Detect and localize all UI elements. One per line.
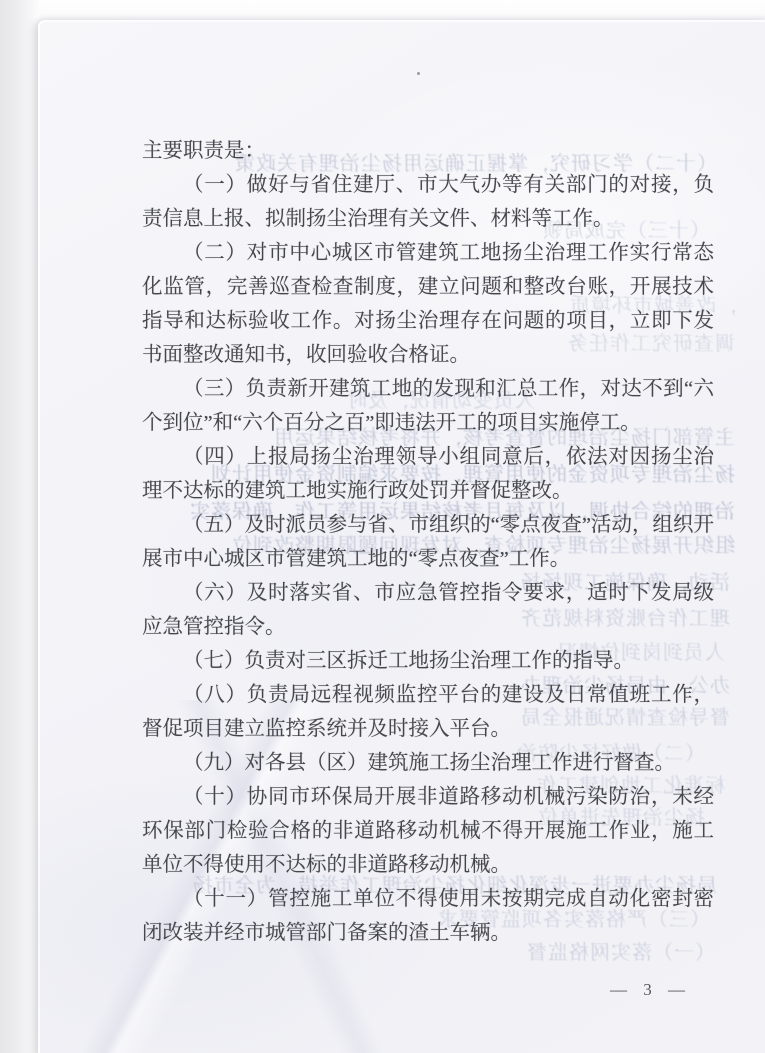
scanner-background-top [0, 0, 765, 21]
duty-item-1: （一）做好与省住建厅、市大气办等有关部门的对接，负责信息上报、拟制扬尘治理有关文… [142, 168, 714, 236]
duty-item-10: （十）协同市环保局开展非道路移动机械污染防治，未经环保部门检验合格的非道路移动机… [142, 780, 714, 882]
intro-line: 主要职责是： [142, 134, 714, 168]
duty-item-6: （六）及时落实省、市应急管控指令要求，适时下发局级应急管控指令。 [142, 576, 714, 644]
duty-item-9: （九）对各县（区）建筑施工扬尘治理工作进行督查。 [142, 746, 714, 780]
duty-item-11: （十一）管控施工单位不得使用未按期完成自动化密封密闭改装并经市城管部门备案的渣土… [142, 882, 714, 950]
duty-item-4: （四）上报局扬尘治理领导小组同意后，依法对因扬尘治理不达标的建筑工地实施行政处罚… [142, 440, 714, 508]
duty-item-5: （五）及时派员参与省、市组织的“零点夜查”活动，组织开展市中心城区市管建筑工地的… [142, 508, 714, 576]
dust-speck [417, 72, 420, 75]
duty-item-7: （七）负责对三区拆迁工地扬尘治理工作的指导。 [142, 644, 714, 678]
scanner-background-left [0, 0, 40, 1053]
duty-item-8: （八）负责局远程视频监控平台的建设及日常值班工作，督促项目建立监控系统并及时接入… [142, 678, 714, 746]
page-number: — 3 — [610, 980, 687, 1000]
document-body: 主要职责是： （一）做好与省住建厅、市大气办等有关部门的对接，负责信息上报、拟制… [142, 134, 714, 950]
duty-item-3: （三）负责新开建筑工地的发现和汇总工作，对达不到“六个到位”和“六个百分之百”即… [142, 372, 714, 440]
duty-item-2: （二）对市中心城区市管建筑工地扬尘治理工作实行常态化监管，完善巡查检查制度，建立… [142, 236, 714, 372]
